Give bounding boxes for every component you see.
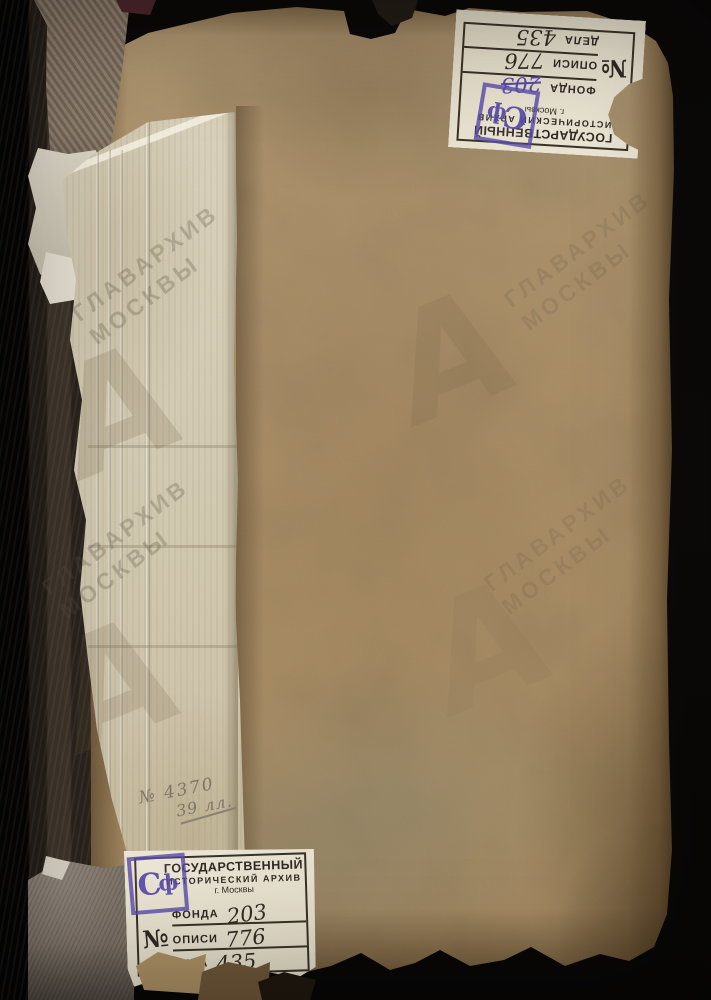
fond-label: ФОНДА xyxy=(549,78,597,96)
opis-label: ОПИСИ xyxy=(552,54,598,72)
cover-corner-stain xyxy=(560,820,690,990)
opis-value: 776 xyxy=(504,52,544,68)
bottom-spine-cloth xyxy=(28,860,134,1000)
delo-label: ДЕЛА xyxy=(564,30,600,47)
delo-value: 435 xyxy=(516,28,556,44)
violet-stamp: С ф xyxy=(474,82,541,149)
violet-stamp: С ф xyxy=(127,853,190,916)
stamp-letter-2: ф xyxy=(157,869,179,897)
fond-value: 203 xyxy=(226,904,268,925)
archive-label-top: ГОСУДАРСТВЕННЫЙ ИСТОРИЧЕСКИЙ АРХИВ г. Мо… xyxy=(448,9,646,158)
archival-cover-scan: А А ГЛАВАРХИВ МОСКВЫ ГЛАВАРХИВ МОСКВЫ А … xyxy=(0,0,711,1000)
stamp-letter-2: ф xyxy=(485,99,509,128)
opis-label: ОПИСИ xyxy=(173,933,219,949)
opis-value: 776 xyxy=(225,929,266,949)
